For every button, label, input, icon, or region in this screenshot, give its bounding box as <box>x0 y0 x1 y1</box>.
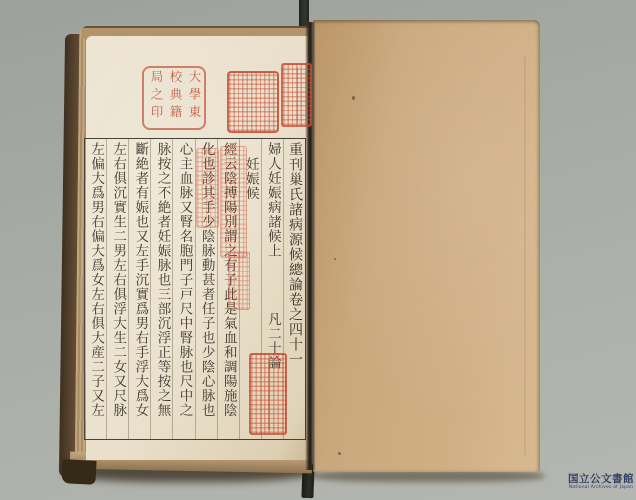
paper-speck <box>338 452 341 455</box>
over-heading-seal <box>220 146 247 258</box>
column-body-7: 左偏大爲男右偏大爲女左右俱大産二子又左 <box>85 139 106 439</box>
paper-speck <box>334 258 336 260</box>
archives-watermark-jp: 国立公文書館 <box>566 474 636 485</box>
mid-small-seal <box>228 252 250 310</box>
column-body-4: 脉按之不絶者妊娠脉也三部沉浮正等按之無 <box>150 139 172 439</box>
right-page-crease <box>524 55 526 455</box>
archives-watermark-en: National Archives of Japan <box>566 485 636 491</box>
upper-rect-seal <box>281 63 312 127</box>
photo-stage: 重刊巢氏諸病源候總論卷之四十一 婦人妊娠病諸候上凡二十論 妊娠候 經云陰搏陽別謂… <box>0 0 636 500</box>
paper-speck <box>352 96 355 100</box>
column-body-6: 左右俱沉實生二男左右俱浮大生二女又尺脉 <box>106 139 128 439</box>
seal-column-divider <box>297 67 299 122</box>
library-bureau-seal-text: 大學東校典籍局之印 <box>144 68 207 129</box>
seal-column-divider <box>268 358 270 430</box>
over-bodytext-seal <box>196 148 219 228</box>
ornate-square-seal <box>227 71 279 133</box>
archives-watermark: 国立公文書館 National Archives of Japan <box>566 474 636 491</box>
cover-corner-bottom-left <box>61 459 96 485</box>
section-heading-text: 婦人妊娠病諸候上 <box>265 142 281 258</box>
column-body-3: 心主血脉又腎名胞門子戸尺中腎脉也尺中之 <box>172 139 194 439</box>
column-body-5: 斷絶者有娠也又左手沉實爲男右手浮大爲女 <box>128 139 150 439</box>
lower-rect-seal <box>249 353 287 435</box>
library-bureau-seal: 大學東校典籍局之印 <box>142 66 206 130</box>
right-page-blank <box>313 20 540 472</box>
